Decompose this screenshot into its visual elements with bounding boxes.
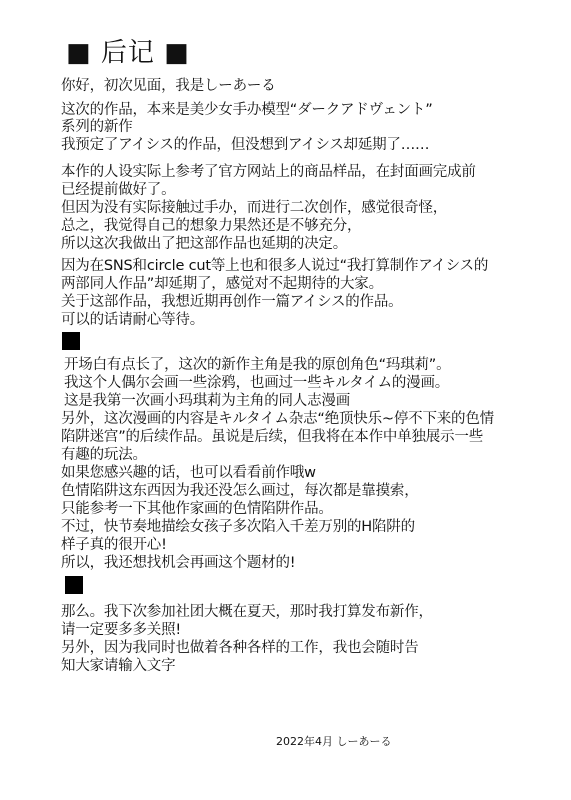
text-line: 知大家请输入文字 xyxy=(61,657,175,675)
text-line: 那么。我下次参加社团大概在夏天，那时我打算发布新作， xyxy=(61,603,433,621)
text-line: 可以的话请耐心等待。 xyxy=(61,311,204,329)
section-divider-square xyxy=(62,332,80,350)
text-line: 你好，初次见面，我是しーあーる xyxy=(61,77,276,95)
text-line: 不过，快节奏地描绘女孩子多次陷入千差万别的H陷阱的 xyxy=(61,518,415,536)
text-line: 这是我第一次画小玛琪莉为主角的同人志漫画 xyxy=(64,392,350,410)
text-line: 关于这部作品，我想近期再创作一篇アイシス的作品。 xyxy=(61,293,402,311)
text-line: 总之，我觉得自己的想象力果然还是不够充分， xyxy=(61,217,361,235)
text-line: 陷阱迷宫”的后续作品。虽说是后续，但我将在本作中单独展示一些 xyxy=(61,428,483,446)
text-line: 如果您感兴趣的话，也可以看看前作哦w xyxy=(61,464,316,482)
text-line: 我这个人偶尔会画一些涂鸦，也画过一些キルタイム的漫画。 xyxy=(64,374,449,392)
text-line: 样子真的很开心! xyxy=(61,536,167,554)
section-divider-square xyxy=(65,576,83,594)
text-line: 另外，这次漫画的内容是キルタイム杂志“绝顶快乐~停不下来的色情 xyxy=(61,410,494,428)
page-title: ■ 后记 ■ xyxy=(66,38,190,68)
text-line: 因为在SNS和circle cut等上也和很多人说过“我打算制作アイシス的 xyxy=(61,257,488,275)
text-line: 已经提前做好了。 xyxy=(61,181,175,199)
text-line: 两部同人作品”却延期了，感觉对不起期待的大家。 xyxy=(61,275,383,293)
text-line: 开场白有点长了，这次的新作主角是我的原创角色“玛琪莉”。 xyxy=(64,356,450,374)
text-line: 只能参考一下其他作家画的色情陷阱作品。 xyxy=(61,500,333,518)
signature: 2022年4月 しーあーる xyxy=(276,735,392,749)
text-line: 所以，我还想找机会再画这个题材的! xyxy=(61,554,295,572)
text-line: 这次的作品，本来是美少女手办模型“ダークアドヴェント” xyxy=(61,101,433,119)
text-line: 色情陷阱这东西因为我还没怎么画过，每次都是靠摸索， xyxy=(61,482,419,500)
afterword-page: ■ 后记 ■ 你好，初次见面，我是しーあーる 这次的作品，本来是美少女手办模型“… xyxy=(0,0,571,800)
text-line: 请一定要多多关照! xyxy=(61,621,181,639)
text-line: 我预定了アイシス的作品，但没想到アイシス却延期了…… xyxy=(61,136,429,154)
text-line: 另外，因为我同时也做着各种各样的工作，我也会随时告 xyxy=(61,639,419,657)
text-line: 但因为没有实际接触过手办，而进行二次创作，感觉很奇怪， xyxy=(61,199,447,217)
text-line: 系列的新作 xyxy=(61,118,133,136)
text-line: 有趣的玩法。 xyxy=(61,446,147,464)
text-line: 本作的人设实际上参考了官方网站上的商品样品，在封面画完成前 xyxy=(61,163,476,181)
text-line: 所以这次我做出了把这部作品也延期的决定。 xyxy=(61,235,347,253)
